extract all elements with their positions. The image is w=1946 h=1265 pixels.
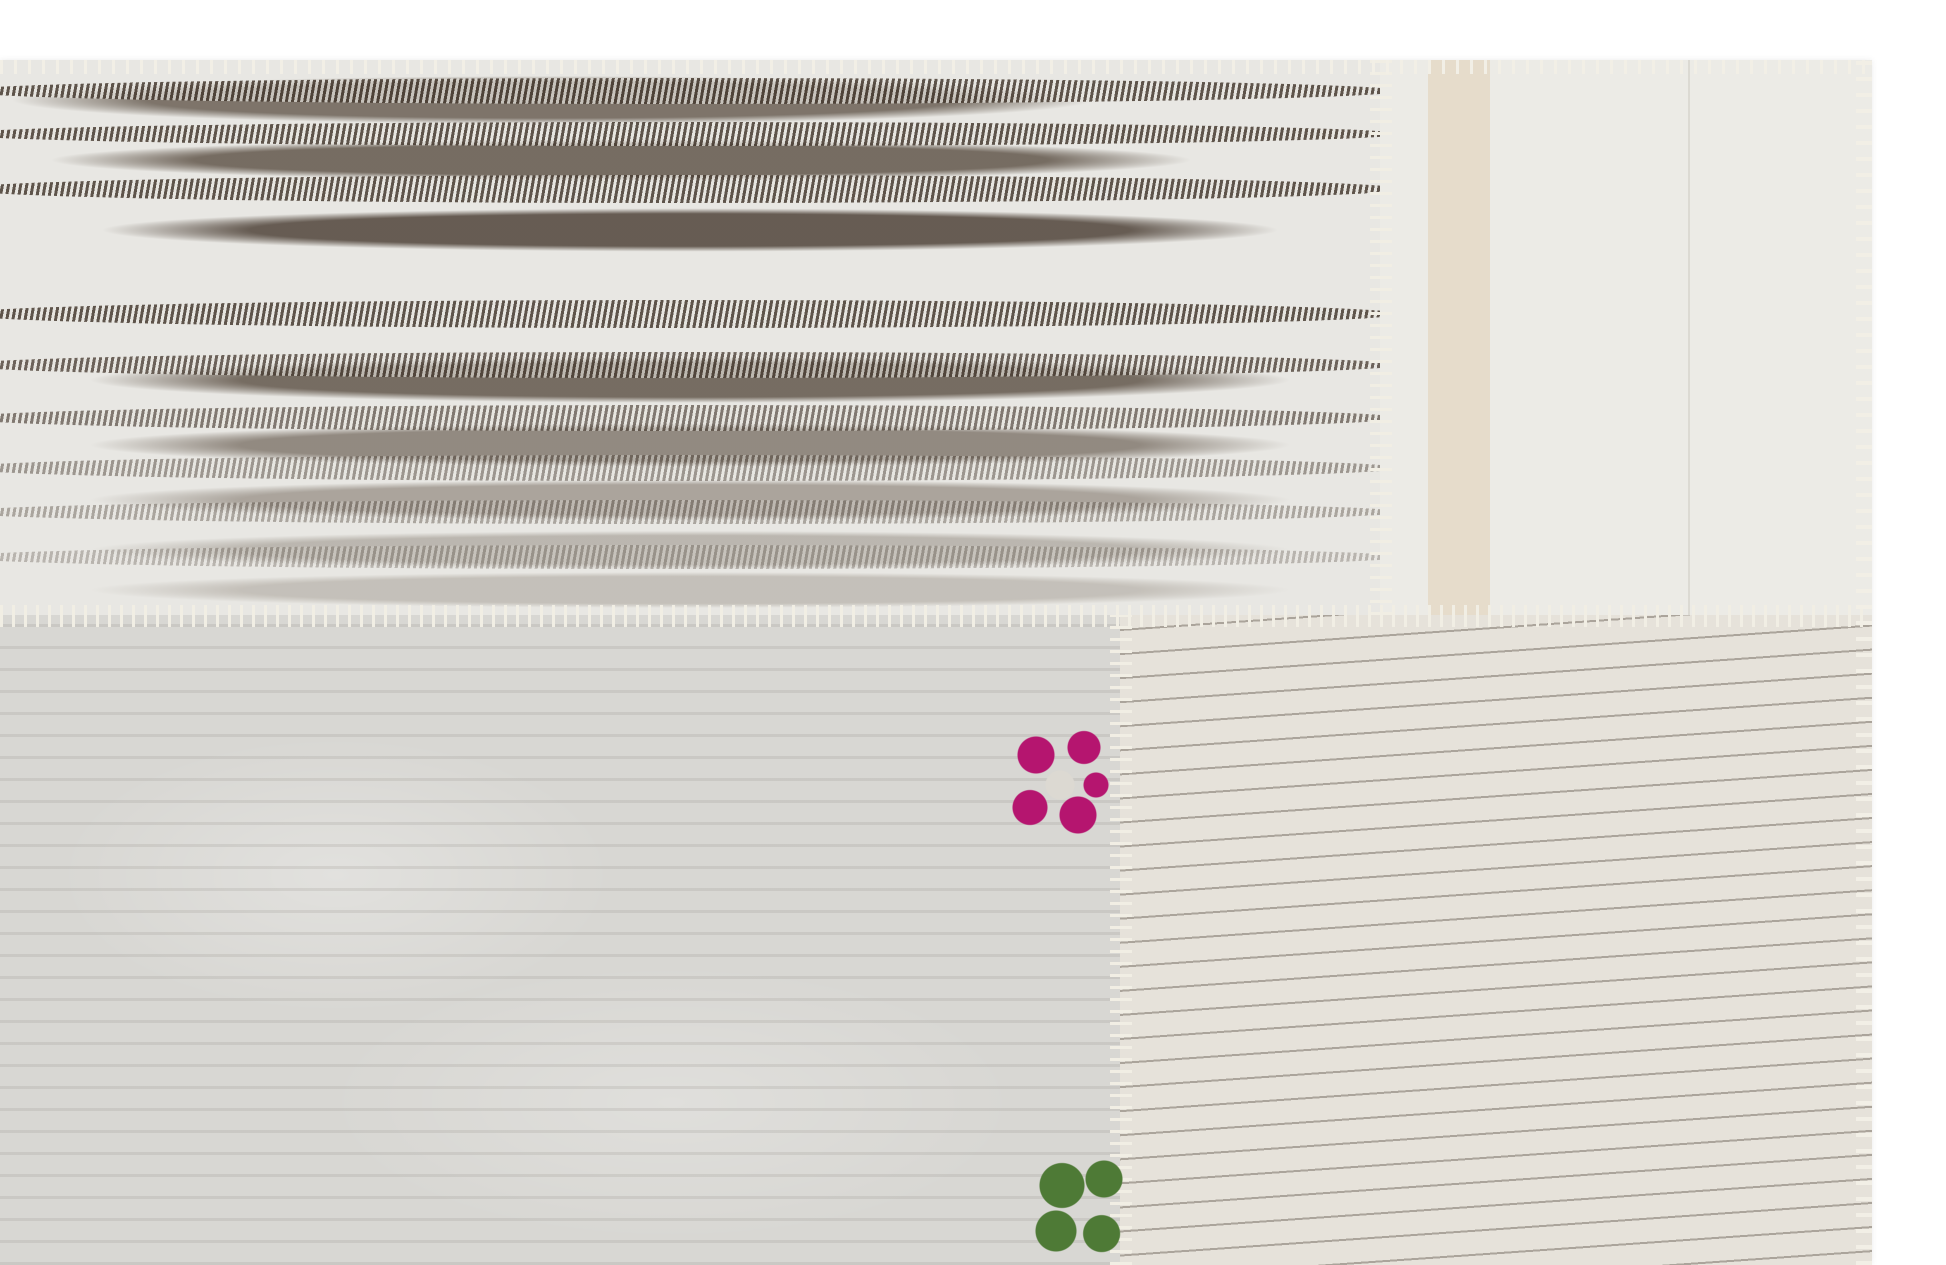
- horizontal-stitch-seam: [0, 605, 1872, 627]
- stripe: [0, 122, 1400, 146]
- right-edge-stitching: [1856, 60, 1872, 1265]
- speckled-panel: [1120, 615, 1872, 1265]
- magenta-flower-embroidery: [1000, 710, 1120, 860]
- stripe: [0, 78, 1400, 104]
- kilim-rug: [0, 60, 1872, 1265]
- grey-mottled-panel: [0, 615, 1120, 1265]
- inner-seam: [1688, 60, 1690, 615]
- green-flower-embroidery: [1020, 1140, 1140, 1265]
- stripe: [0, 175, 1400, 203]
- top-edge-stitching: [0, 60, 1872, 74]
- plain-cream-panel: [1380, 60, 1872, 615]
- stripe: [0, 405, 1400, 431]
- striped-panel: [0, 60, 1380, 615]
- stripe: [0, 500, 1400, 524]
- stripe: [0, 545, 1400, 569]
- stripe: [0, 455, 1400, 481]
- vertical-stitch-seam-upper: [1370, 60, 1392, 615]
- beige-band: [1428, 60, 1490, 615]
- stripe: [0, 352, 1400, 378]
- stripe: [0, 300, 1400, 328]
